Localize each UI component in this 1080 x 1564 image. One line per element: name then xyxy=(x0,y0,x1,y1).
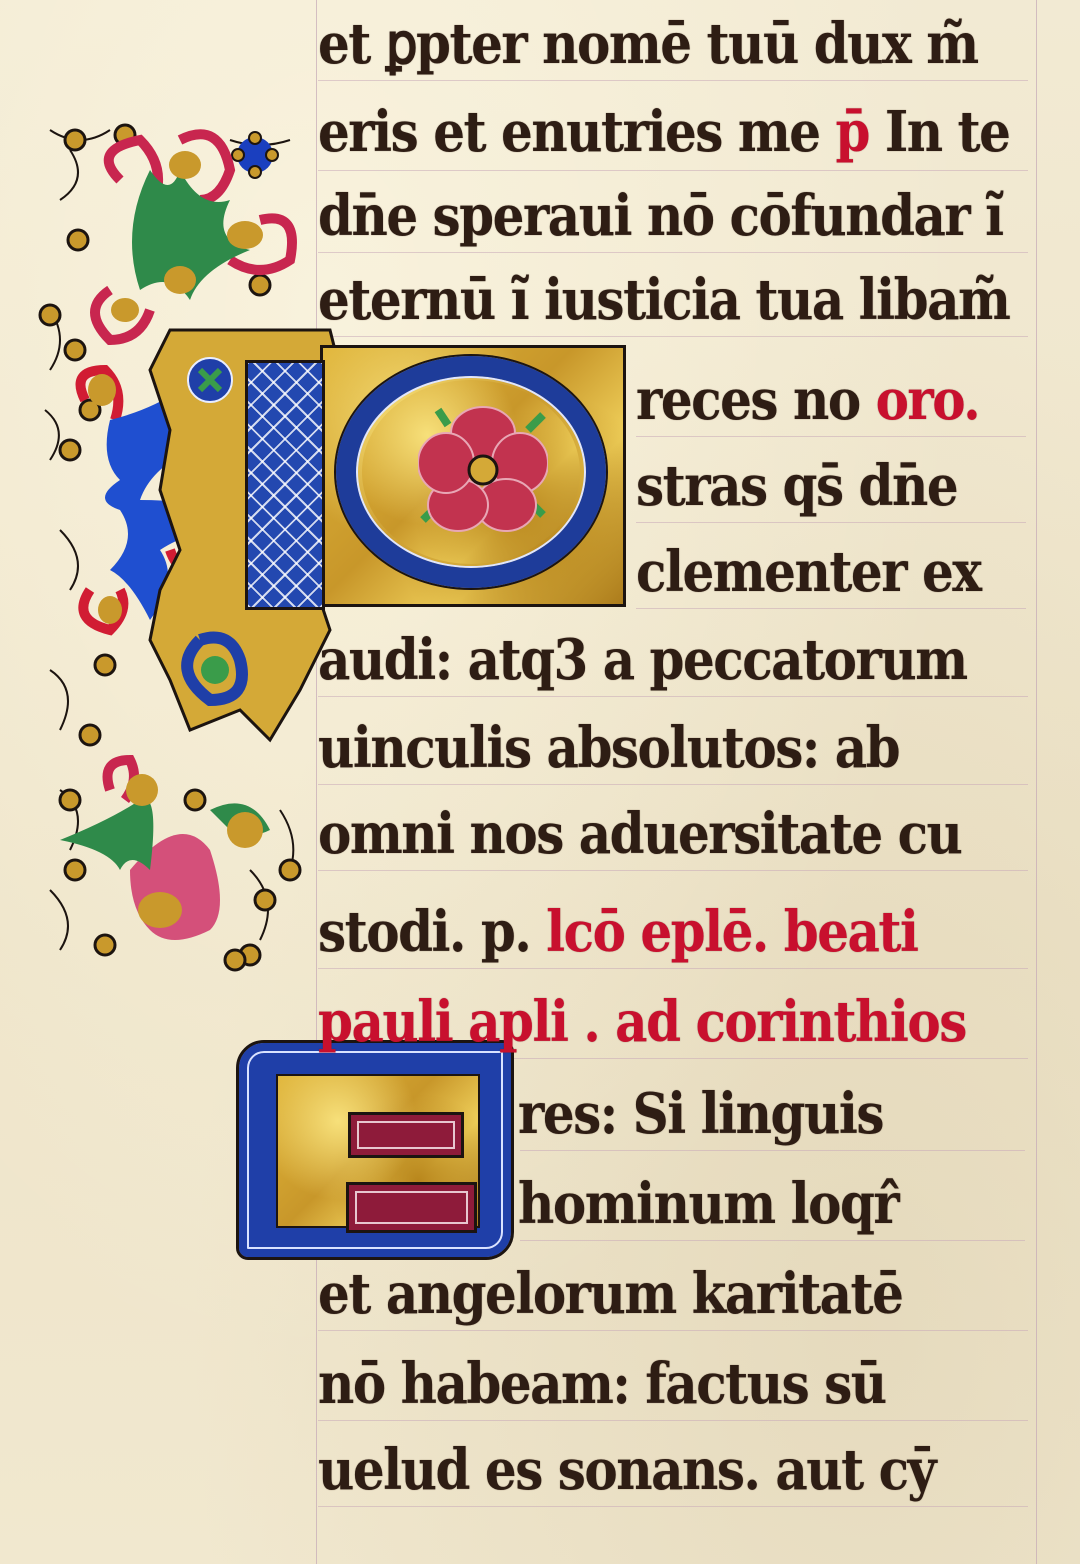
illuminated-initial-p xyxy=(150,330,630,610)
line-text: stras qs̄ dn̄e xyxy=(636,452,957,518)
line-text: et angelorum karitatē xyxy=(318,1260,902,1326)
line-text: uelud es sonans. aut cȳ xyxy=(318,1436,935,1502)
text-line-8: audi: atq3 a peccatorum xyxy=(318,620,967,701)
rubric-oratio: oro. xyxy=(876,366,980,432)
line-text: stodi. p. xyxy=(318,898,546,964)
pink-acanthus-bottom xyxy=(60,760,270,940)
text-line-4: eternū ĩ iusticia tua libam̃ xyxy=(318,260,1009,341)
text-line-17: uelud es sonans. aut cȳ xyxy=(318,1430,935,1511)
line-text: nō habeam: factus sū xyxy=(318,1350,886,1416)
manuscript-page: et ꝑpter nomē tuū dux m̃ eris et enutrie… xyxy=(0,0,1080,1564)
text-line-5: reces no oro. xyxy=(636,360,979,441)
initial-f-upper-bar xyxy=(348,1112,464,1158)
text-line-12-rubric: pauli apli . ad corinthios xyxy=(318,982,966,1063)
text-line-9: uinculis absolutos: ab xyxy=(318,708,899,789)
line-text: omni nos aduersitate cu xyxy=(318,800,961,866)
line-text: res: Si linguis xyxy=(518,1080,883,1146)
text-line-6: stras qs̄ dn̄e xyxy=(636,446,957,527)
text-line-3: dn̄e speraui nō cōfundar ĩ xyxy=(318,176,1003,257)
text-line-15: et angelorum karitatē xyxy=(318,1254,902,1335)
text-line-2: eris et enutries me p̄ In te xyxy=(318,92,1009,173)
line-text: dn̄e speraui nō cōfundar ĩ xyxy=(318,182,1003,248)
rubric-psalm-mark: p̄ xyxy=(835,98,868,164)
line-text: In te xyxy=(869,98,1009,164)
line-text: reces no xyxy=(636,366,876,432)
initial-p-stem xyxy=(245,360,325,610)
text-line-7: clementer ex xyxy=(636,532,981,613)
text-line-16: nō habeam: factus sū xyxy=(318,1344,886,1425)
text-line-1: et ꝑpter nomē tuū dux m̃ xyxy=(318,4,978,85)
line-text: eternū ĩ iusticia tua libam̃ xyxy=(318,266,1009,332)
rubric-text: pauli apli . ad corinthios xyxy=(318,988,966,1054)
illuminated-initial-f xyxy=(228,1032,518,1262)
rubric-lectio: lcō eplē. beati xyxy=(546,898,917,964)
initial-f-lower-bar xyxy=(346,1182,477,1233)
text-line-13: res: Si linguis xyxy=(518,1074,883,1155)
line-text: clementer ex xyxy=(636,538,981,604)
line-text: hominum loqr̂ xyxy=(518,1170,898,1236)
text-line-14: hominum loqr̂ xyxy=(518,1164,898,1245)
rose-icon xyxy=(418,405,548,535)
right-margin-rule xyxy=(1036,0,1037,1564)
text-line-10: omni nos aduersitate cu xyxy=(318,794,961,875)
line-text: uinculis absolutos: ab xyxy=(318,714,899,780)
line-text: eris et enutries me xyxy=(318,98,835,164)
text-line-11: stodi. p. lcō eplē. beati xyxy=(318,892,918,973)
line-text: et ꝑpter nomē tuū dux m̃ xyxy=(318,10,978,76)
line-text: audi: atq3 a peccatorum xyxy=(318,626,967,692)
blue-quatrefoil-icon xyxy=(232,132,278,178)
